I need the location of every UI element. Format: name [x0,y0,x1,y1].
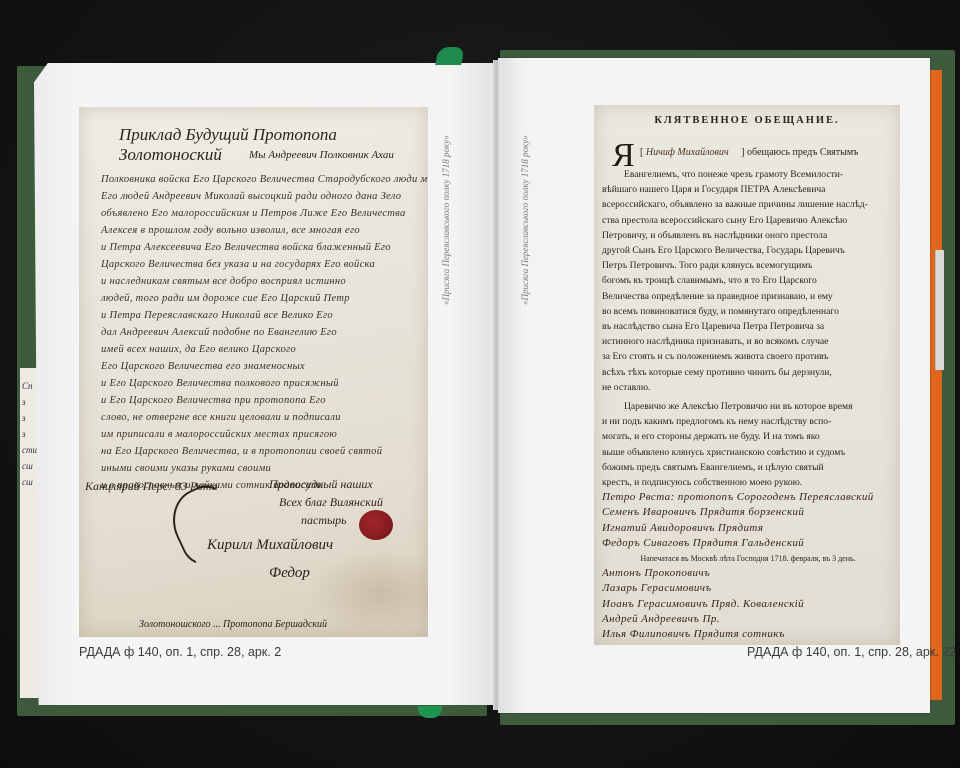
ribbon-bookmark-top [435,47,465,65]
handwritten-name: Ничиф Михайлович [646,147,729,158]
running-caption-left: «Присяга Переяславського полку 1718 року… [441,135,451,305]
bottom-fragment: Золотоношского ... Протопопа Бершадский [139,619,327,630]
oath-title: КЛЯТВЕННОЕ ОБЕЩАНИЕ. [594,115,900,126]
handwritten-signature: Лазарь Герасимовичъ [602,581,894,596]
running-caption-right: «Присяга Переяславського полку 1718 року… [520,135,530,305]
bookmark-tab [935,250,944,370]
signature-line-3: пастырь [301,513,347,528]
signature-fedor: Федор [269,565,310,582]
handwritten-signature: Илья Филиповичъ Прядитя сотникъ [602,627,894,642]
handwritten-signature: Иоанъ Герасимовичъ Пряд. Коваленскій [602,597,894,612]
book-gutter [493,60,501,710]
manuscript-subheading: Мы Андреевич Полковник Ахаи [249,149,394,161]
handwritten-signature: Андрей Андреевичъ Пр. [602,612,894,627]
archive-reference-left: РДАДА ф 140, оп. 1, спр. 28, арк. 2 [79,645,281,659]
handwritten-signature: Антонъ Прокоповичъ [602,566,894,581]
signature-line-1: Правосудный наших [269,477,373,492]
manuscript-body: Полковника войска Его Царского Величеств… [79,171,428,494]
signature-line-2: Всех благ Вилянский [279,495,383,510]
archive-reference-right: РДАДА ф 140, оп. 1, спр. 28, арк. 22 [747,645,956,659]
handwritten-signature: Петро Рвста: протопопъ Сорогоденъ Переяс… [602,490,894,505]
printed-oath-facsimile: КЛЯТВЕННОЕ ОБЕЩАНИЕ. Я [ Ничиф Михайлови… [594,105,900,645]
red-wax-seal [359,510,393,540]
manuscript-facsimile-left: Приклад Будущий Протопопа Золотоноский М… [79,107,428,637]
oath-first-line: [ Ничиф Михайлович ] обещаюсь предъ Свят… [640,147,894,158]
handwritten-signature: Семенъ Иваровичъ Прядитя борзенский [602,505,894,520]
imprint-line: Напечатася въ Москвѣ лѣта Господня 1718.… [602,551,894,566]
handwritten-signature: Федоръ Сиваговъ Прядитя Гальденский [602,536,894,551]
handwritten-signature: Игнатий Авидоровичъ Прядитя [602,521,894,536]
oath-body: Евангелиемъ, что понеже чрезъ грамоту Вс… [602,167,894,645]
orange-page-edge [930,70,942,700]
